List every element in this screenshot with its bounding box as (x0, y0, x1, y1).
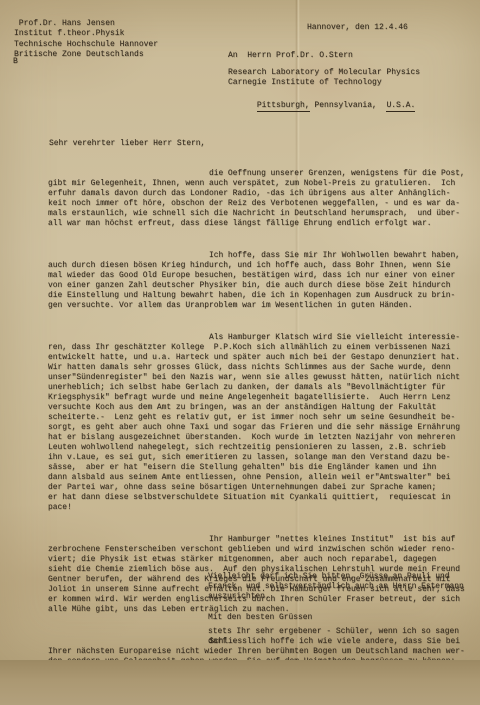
paragraph-wohlwollen: Ich hoffe, dass Sie mir Ihr Wohlwollen b… (48, 251, 472, 311)
recipient-name-line: An Herrn Prof.Dr. O.Stern (228, 51, 353, 61)
closing-request: Vielleicht darf ich Sie bitten, Grüsse a… (208, 572, 464, 602)
paragraph-hamburger-klatsch: Als Hamburger Klatsch wird Sie vielleich… (48, 333, 472, 513)
letter-page: Prof.Dr. Hans Jensen Institut f.theor.Ph… (0, 0, 480, 660)
recipient-laboratory-line: Research Laboratory of Molecular Physics (228, 68, 420, 78)
signature-line: stets Ihr sehr ergebener - Schüler, wenn… (208, 627, 459, 647)
recipient-institute-line: Carnegie Institute of Technology (228, 78, 382, 88)
recipient-state: Pennsylvania, (310, 101, 387, 110)
date-line: Hannover, den 12.4.46 (307, 23, 408, 33)
paragraph-nobel-congratulations: die Oeffnung unserer Grenzen, wenigstens… (48, 169, 472, 229)
regards-line: Mit den besten Grüssen (208, 613, 312, 623)
recipient-city: Pittsburgh, (257, 101, 310, 112)
scanned-letter: Prof.Dr. Hans Jensen Institut f.theor.Ph… (0, 0, 480, 705)
overtype-artifact: B (13, 57, 18, 67)
scan-background-strip (0, 660, 480, 705)
recipient-country: U.S.A. (386, 101, 415, 112)
salutation: Sehr verehrter lieber Herr Stern, (49, 139, 472, 149)
sender-address-block: Prof.Dr. Hans Jensen Institut f.theor.Ph… (14, 19, 158, 60)
recipient-city-line: Pittsburgh, Pennsylvania, U.S.A. (228, 91, 415, 122)
